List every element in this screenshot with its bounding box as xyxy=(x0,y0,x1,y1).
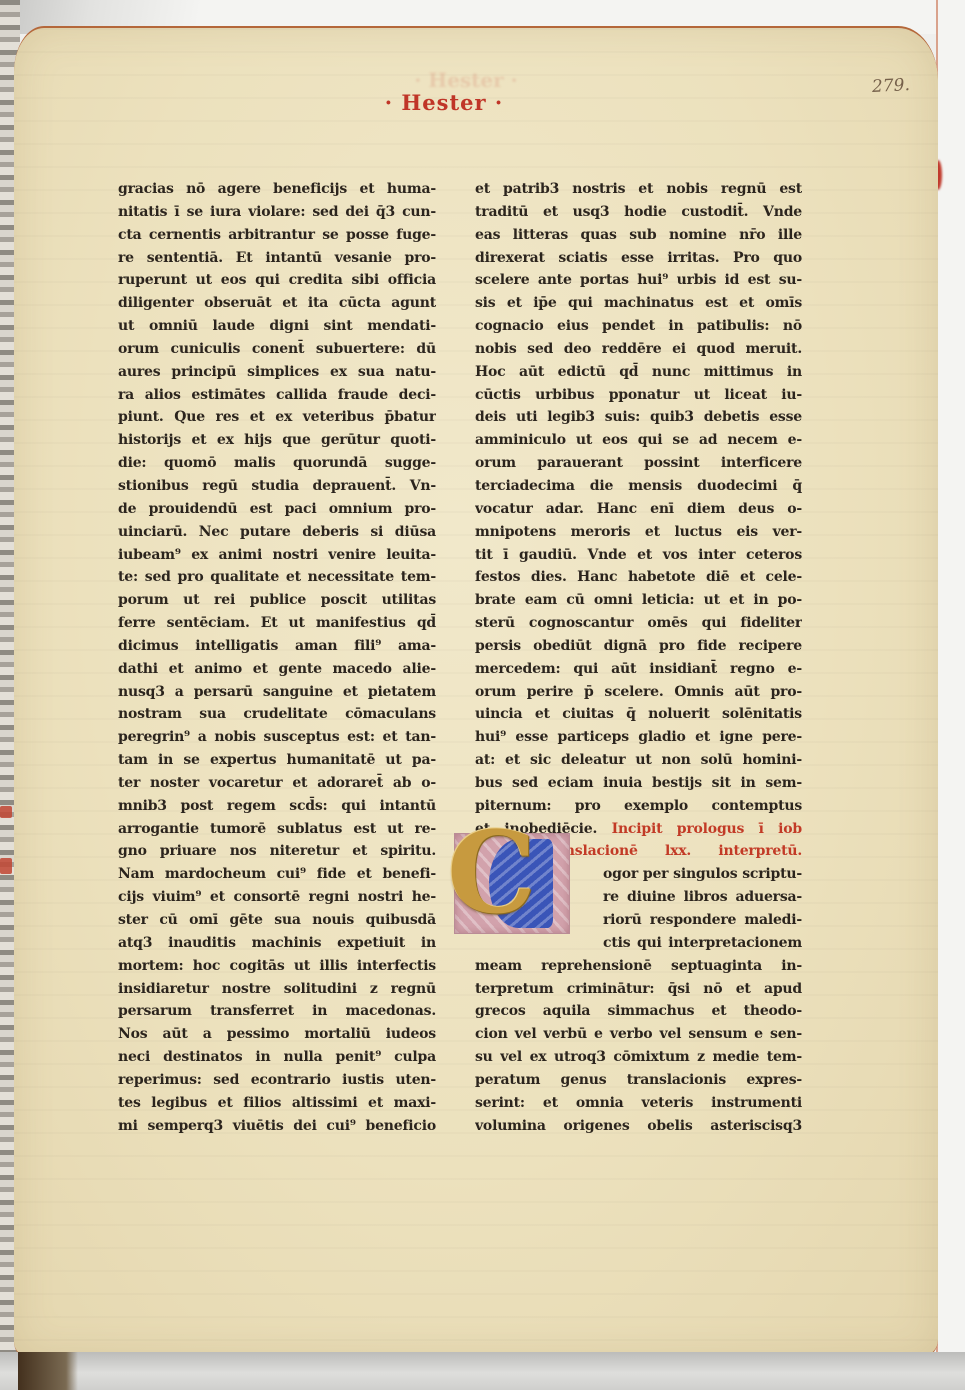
text-line: vocatur adar. Hanc enī diem deus o- xyxy=(475,498,802,521)
text-line: traditū et usq3 hodie custodit̄. Vnde xyxy=(475,201,802,224)
text-line: sterū cognoscantur omēs qui fideliter xyxy=(475,612,802,635)
text-line: dathi et animo et gente macedo alie- xyxy=(118,658,436,681)
fore-edge-pages xyxy=(936,0,965,1390)
text-line: orum cuniculis conent̄ subuertere: dū xyxy=(118,338,436,361)
text-line: mercedem: qui aūt insidiant̄ regno e- xyxy=(475,658,802,681)
text-line: brate eam cū omni leticia: ut et in po- xyxy=(475,589,802,612)
text-line: cognacio eius pendet in patibulis: nō xyxy=(475,315,802,338)
text-line: cion vel verbū e verbo vel sensum e sen- xyxy=(475,1023,802,1046)
text-line: piunt. Que res et ex veteribus p̄batur xyxy=(118,406,436,429)
binding-dark-corner xyxy=(18,1352,78,1390)
text-line: uincia et ciuitas q̄ noluerit solēnitati… xyxy=(475,703,802,726)
text-line: Nam mardocheum cui⁹ fide et benefi- xyxy=(118,863,436,886)
text-line: meam reprehensionē septuaginta in- xyxy=(475,955,802,978)
text-line: cta cernentis arbitrantur se posse fuge- xyxy=(118,224,436,247)
text-line: ter noster vocaretur et adoraret̄ ab o- xyxy=(118,772,436,795)
text-line: deis uti legib3 suis: quib3 debetis esse xyxy=(475,406,802,429)
text-line: terpretum criminātur: q̄si nō et apud xyxy=(475,978,802,1001)
text-line: ferre sentēciam. Et ut manifestius qd̄ xyxy=(118,612,436,635)
running-title: · Hester · xyxy=(344,90,544,115)
text-line: te: sed pro qualitate et necessitate tem… xyxy=(118,566,436,589)
text-line: atq3 inauditis machinis expetiuit in xyxy=(118,932,436,955)
text-line: Hoc aūt edictū qd̄ nunc mittimus in xyxy=(475,361,802,384)
text-line: gno priuare nos niteretur et spiritu. xyxy=(118,840,436,863)
text-line: tam in se expertus humanitatē ut pa- xyxy=(118,749,436,772)
bottom-page-edges xyxy=(0,1352,965,1390)
text-line: uinciarū. Nec putare deberis si diūsa xyxy=(118,521,436,544)
text-line: tit ī gaudiū. Vnde et vos inter ceteros xyxy=(475,544,802,567)
folio-number: 279. xyxy=(872,75,911,97)
text-line: de prouidendū est paci omnium pro- xyxy=(118,498,436,521)
text-line: cūctis urbibus pponatur ut liceat iu- xyxy=(475,384,802,407)
illuminated-initial: C xyxy=(455,834,569,933)
text-line: stionibus regū studia deprauent̄. Vn- xyxy=(118,475,436,498)
photograph-background: · Hester · · Hester · 279. gracias nō ag… xyxy=(0,0,965,1390)
text-line: insidiaretur nostre solitudini z regnū xyxy=(118,978,436,1001)
text-line: at: et sic deleatur ut non solū homini- xyxy=(475,749,802,772)
text-line: serint: et omnia veteris instrumenti xyxy=(475,1092,802,1115)
text-line: aures principū simplices ex sua natu- xyxy=(118,361,436,384)
text-line: porum ut rei publice poscit utilitas xyxy=(118,589,436,612)
text-line: hui⁹ esse particeps gladio et igne pere- xyxy=(475,726,802,749)
text-line: nitatis ī se iura violare: sed dei q̄3 c… xyxy=(118,201,436,224)
running-title-ghost: · Hester · xyxy=(366,68,566,92)
text-line: persarum transferret in macedonas. xyxy=(118,1000,436,1023)
text-line: reperimus: sed econtrario iustis uten- xyxy=(118,1069,436,1092)
text-line: bus sed eciam inuia bestijs sit in sem- xyxy=(475,772,802,795)
text-line: scelere ante portas hui⁹ urbis id est su… xyxy=(475,269,802,292)
gutter-red-mark xyxy=(0,806,12,818)
text-line: mnib3 post regem scd̄s: qui intantū xyxy=(118,795,436,818)
text-line: eas litteras quas sub nomine nr̄o ille xyxy=(475,224,802,247)
text-line: grecos aquila simmachus et theodo- xyxy=(475,1000,802,1023)
text-line: sis et ip̄e qui machinatus est et omīs xyxy=(475,292,802,315)
text-column-left: gracias nō agere beneficijs et huma-nita… xyxy=(118,178,436,1137)
text-line: mnipotens meroris et luctus eis ver- xyxy=(475,521,802,544)
text-line: neci destinatos in nulla penit⁹ culpa xyxy=(118,1046,436,1069)
text-line: historijs et ex hijs que gerūtur quoti- xyxy=(118,429,436,452)
text-line: diligenter obseruāt et ita cūcta agunt xyxy=(118,292,436,315)
text-line: re sententiā. Et intantū vesanie pro- xyxy=(118,247,436,270)
text-line: die: quomō malis quorundā sugge- xyxy=(118,452,436,475)
text-column-right: et patrib3 nostris et nobis regnū esttra… xyxy=(475,178,802,1137)
text-line: ut omniū laude digni sint mendati- xyxy=(118,315,436,338)
text-line: arrogantie tumorē sublatus est ut re- xyxy=(118,818,436,841)
text-line: cijs viuim⁹ et consortē regni nostri he- xyxy=(118,886,436,909)
text-line: gracias nō agere beneficijs et huma- xyxy=(118,178,436,201)
text-line: peratum genus translacionis expres- xyxy=(475,1069,802,1092)
text-line: et patrib3 nostris et nobis regnū est xyxy=(475,178,802,201)
text-line: festos dies. Hanc habetote diē et cele- xyxy=(475,566,802,589)
text-line: volumina origenes obelis asteriscisq3 xyxy=(475,1115,802,1138)
text-line: mortem: hoc cogitās ut illis interfectis xyxy=(118,955,436,978)
text-line: Nos aūt a pessimo mortaliū iudeos xyxy=(118,1023,436,1046)
text-line: nostram sua crudelitate cōmaculans xyxy=(118,703,436,726)
text-line: su vel ex utroq3 cōmixtum z medie tem- xyxy=(475,1046,802,1069)
text-line: mi semperq3 viuētis dei cui⁹ beneficio xyxy=(118,1115,436,1138)
initial-letter-C: C xyxy=(447,818,536,930)
text-line: orum parauerant possint interficere xyxy=(475,452,802,475)
text-line: direxerat sciatis esse irritas. Pro quo xyxy=(475,247,802,270)
text-line: iubeam⁹ ex animi nostri venire leuita- xyxy=(118,544,436,567)
text-line: nusq3 a persarū sanguine et pietatem xyxy=(118,681,436,704)
text-line: tes legibus et filios altissimi et maxi- xyxy=(118,1092,436,1115)
text-line: ster cū omī gēte sua nouis quibusdā xyxy=(118,909,436,932)
manuscript-page: · Hester · · Hester · 279. gracias nō ag… xyxy=(14,26,938,1358)
text-line: peregrin⁹ a nobis susceptus est: et tan- xyxy=(118,726,436,749)
text-line: orum perire p̄ scelere. Omnis aūt pro- xyxy=(475,681,802,704)
text-line: dicimus intelligatis aman fili⁹ ama- xyxy=(118,635,436,658)
text-line: terciadecima die mensis duodecimi q̄ xyxy=(475,475,802,498)
text-line: persis obediūt dignā pro fide recipere xyxy=(475,635,802,658)
gutter-red-mark xyxy=(0,858,12,874)
text-line: ra alios estimātes callida fraude deci- xyxy=(118,384,436,407)
text-line: amminiculo ut eos qui se ad necem e- xyxy=(475,429,802,452)
text-line: nobis sed deo reddēre ei quod meruit. xyxy=(475,338,802,361)
text-line: ruperunt ut eos qui credita sibi officia xyxy=(118,269,436,292)
